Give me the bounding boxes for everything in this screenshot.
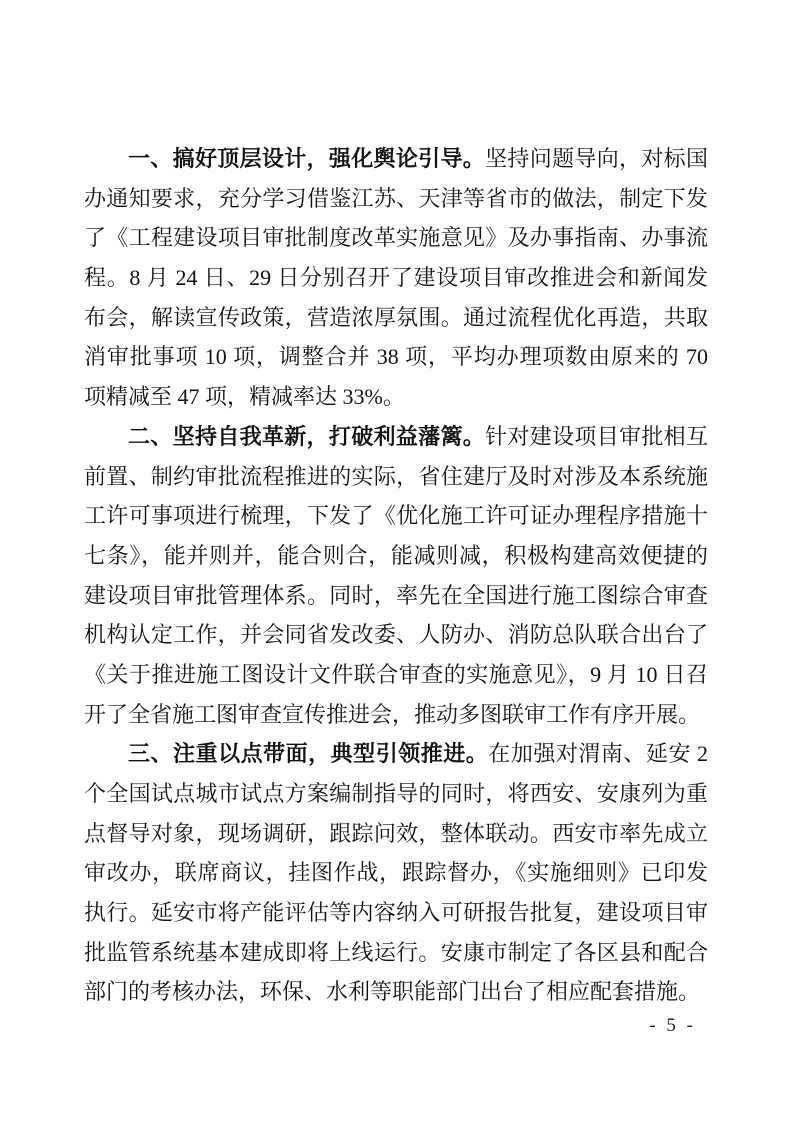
- text-line: 三、注重以点带面，典型引领推进。在加强对渭南、延安 2: [84, 734, 708, 774]
- line-text: 个全国试点城市试点方案编制指导的同时，将西安、安康列为重: [84, 781, 708, 806]
- line-text: 机构认定工作，并会同省发改委、人防办、消防总队联合出台了: [84, 622, 708, 647]
- text-line: 项精减至 47 项，精减率达 33%。: [84, 377, 708, 417]
- text-line: 消审批事项 10 项，调整合并 38 项，平均办理项数由原来的 70: [84, 337, 708, 377]
- line-text: 批监管系统基本建成即将上线运行。安康市制定了各区县和配合: [84, 940, 708, 965]
- line-text: 消审批事项 10 项，调整合并 38 项，平均办理项数由原来的 70: [84, 344, 708, 369]
- text-line: 建设项目审批管理体系。同时，率先在全国进行施工图综合审查: [84, 576, 708, 616]
- document-page: 一、搞好顶层设计，强化舆论引导。坚持问题导向，对标国办通知要求，充分学习借鉴江苏…: [0, 0, 793, 1122]
- text-line: 开了全省施工图审查宣传推进会，推动多图联审工作有序开展。: [84, 695, 708, 735]
- text-line: 二、坚持自我革新，打破利益藩篱。针对建设项目审批相互: [84, 417, 708, 457]
- line-text: 在加强对渭南、延安 2: [488, 741, 708, 766]
- text-line: 布会，解读宣传政策，营造浓厚氛围。通过流程优化再造，共取: [84, 298, 708, 338]
- text-line: 前置、制约审批流程推进的实际，省住建厅及时对涉及本系统施: [84, 457, 708, 497]
- line-text: 点督导对象，现场调研，跟踪问效，整体联动。西安市率先成立: [84, 821, 708, 846]
- paragraph-heading: 一、搞好顶层设计，强化舆论引导。: [128, 146, 485, 171]
- text-line: 一、搞好顶层设计，强化舆论引导。坚持问题导向，对标国: [84, 139, 708, 179]
- line-text: 建设项目审批管理体系。同时，率先在全国进行施工图综合审查: [84, 583, 708, 608]
- text-line: 程。8 月 24 日、29 日分别召开了建设项目审改推进会和新闻发: [84, 258, 708, 298]
- text-line: 七条》，能并则并，能合则合，能减则减，积极构建高效便捷的: [84, 536, 708, 576]
- text-line: 了《工程建设项目审批制度改革实施意见》及办事指南、办事流: [84, 218, 708, 258]
- text-line: 点督导对象，现场调研，跟踪问效，整体联动。西安市率先成立: [84, 814, 708, 854]
- document-body: 一、搞好顶层设计，强化舆论引导。坚持问题导向，对标国办通知要求，充分学习借鉴江苏…: [84, 139, 708, 1012]
- text-line: 《关于推进施工图设计文件联合审查的实施意见》，9 月 10 日召: [84, 655, 708, 695]
- paragraph-heading: 二、坚持自我革新，打破利益藩篱。: [128, 424, 485, 449]
- line-text: 七条》，能并则并，能合则合，能减则减，积极构建高效便捷的: [84, 543, 708, 568]
- line-text: 前置、制约审批流程推进的实际，省住建厅及时对涉及本系统施: [84, 464, 708, 489]
- line-text: 办通知要求，充分学习借鉴江苏、天津等省市的做法，制定下发: [84, 186, 708, 211]
- line-text: 了《工程建设项目审批制度改革实施意见》及办事指南、办事流: [84, 225, 708, 250]
- text-line: 审改办，联席商议，挂图作战，跟踪督办，《实施细则》已印发: [84, 853, 708, 893]
- text-line: 部门的考核办法，环保、水利等职能部门出台了相应配套措施。: [84, 972, 708, 1012]
- text-line: 机构认定工作，并会同省发改委、人防办、消防总队联合出台了: [84, 615, 708, 655]
- text-line: 批监管系统基本建成即将上线运行。安康市制定了各区县和配合: [84, 933, 708, 973]
- line-text: 工许可事项进行梳理，下发了《优化施工许可证办理程序措施十: [84, 503, 708, 528]
- line-text: 部门的考核办法，环保、水利等职能部门出台了相应配套措施。: [84, 979, 700, 1004]
- line-text: 针对建设项目审批相互: [485, 424, 708, 449]
- line-text: 项精减至 47 项，精减率达 33%。: [84, 384, 405, 409]
- page-number: - 5 -: [649, 1013, 696, 1039]
- text-line: 工许可事项进行梳理，下发了《优化施工许可证办理程序措施十: [84, 496, 708, 536]
- text-line: 个全国试点城市试点方案编制指导的同时，将西安、安康列为重: [84, 774, 708, 814]
- line-text: 开了全省施工图审查宣传推进会，推动多图联审工作有序开展。: [84, 702, 700, 727]
- line-text: 执行。延安市将产能评估等内容纳入可研报告批复，建设项目审: [84, 900, 708, 925]
- line-text: 《关于推进施工图设计文件联合审查的实施意见》，9 月 10 日召: [84, 662, 708, 687]
- text-line: 执行。延安市将产能评估等内容纳入可研报告批复，建设项目审: [84, 893, 708, 933]
- text-line: 办通知要求，充分学习借鉴江苏、天津等省市的做法，制定下发: [84, 179, 708, 219]
- line-text: 审改办，联席商议，挂图作战，跟踪督办，《实施细则》已印发: [84, 860, 708, 885]
- line-text: 程。8 月 24 日、29 日分别召开了建设项目审改推进会和新闻发: [84, 265, 708, 290]
- line-text: 布会，解读宣传政策，营造浓厚氛围。通过流程优化再造，共取: [84, 305, 708, 330]
- paragraph-heading: 三、注重以点带面，典型引领推进。: [128, 741, 488, 766]
- line-text: 坚持问题导向，对标国: [485, 146, 708, 171]
